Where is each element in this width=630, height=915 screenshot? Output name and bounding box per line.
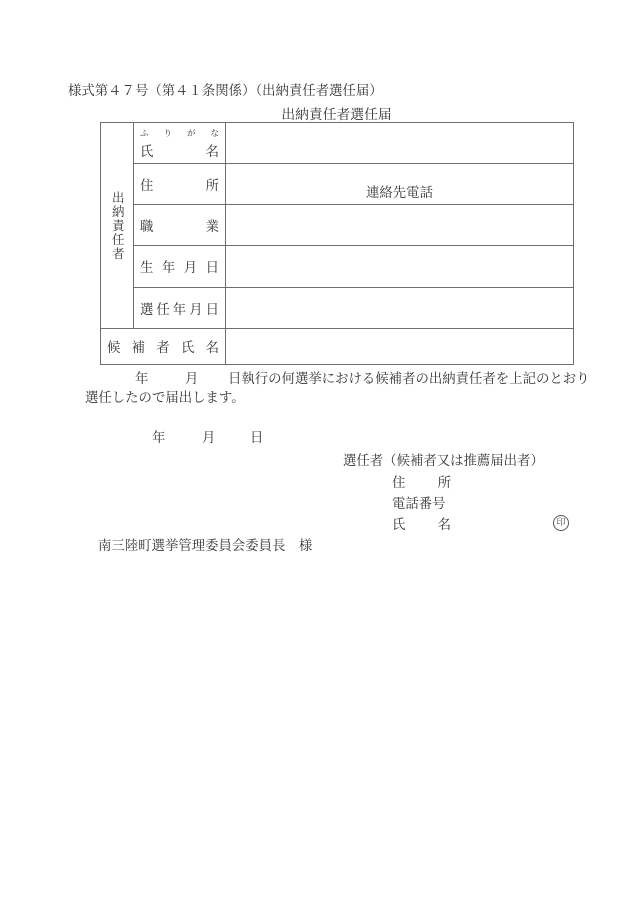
date-month-label: 月	[202, 430, 215, 447]
occupation-label-cell: 職業	[134, 205, 226, 246]
treasurer-group-header: 出納責任者	[101, 123, 134, 329]
candidate-name-input-cell	[226, 329, 573, 364]
date-year-label: 年	[152, 430, 165, 447]
treasurer-table: 出納責任者 ふりがな 氏名 住所 連絡先電話 職業 生年月日 選任年月日	[100, 122, 574, 365]
signer-name-label: 氏名	[392, 517, 451, 534]
address-label-cell: 住所	[134, 164, 226, 205]
occupation-input-cell	[226, 205, 573, 246]
birthdate-label: 生年月日	[140, 257, 219, 276]
signer-phone-label: 電話番号	[392, 496, 446, 513]
appointment-date-label: 選任年月日	[140, 299, 219, 318]
statement-year-label: 年	[135, 371, 148, 388]
candidate-name-label-cell: 候補者氏名	[101, 329, 226, 364]
address-label: 住所	[140, 175, 219, 194]
statement-month-label: 月	[185, 371, 198, 388]
name-label-cell: ふりがな 氏名	[134, 123, 226, 164]
statement-line2: 選任したので届出します。	[85, 390, 245, 407]
page-title: 出納責任者選任届	[100, 103, 573, 123]
contact-phone-label: 連絡先電話	[366, 182, 433, 201]
form-page: 様式第４７号（第４１条関係）（出納責任者選任届） 出納責任者選任届 出納責任者 …	[0, 0, 630, 915]
furigana-label: ふりがな	[140, 127, 219, 139]
appointment-date-label-cell: 選任年月日	[134, 288, 226, 329]
candidate-name-label: 候補者氏名	[107, 337, 219, 356]
statement-line1: 日執行の何選挙における候補者の出納責任者を上記のとおり	[228, 371, 590, 388]
recipient-line: 南三陸町選挙管理委員会委員長 様	[98, 538, 312, 555]
form-number: 様式第４７号（第４１条関係）（出納責任者選任届）	[68, 80, 383, 99]
address-input-cell: 連絡先電話	[226, 164, 573, 205]
name-label: 氏名	[140, 141, 219, 160]
occupation-label: 職業	[140, 216, 219, 235]
appointment-date-input-cell	[226, 288, 573, 329]
date-day-label: 日	[250, 430, 263, 447]
appointer-label: 選任者（候補者又は推薦届出者）	[343, 453, 544, 470]
birthdate-input-cell	[226, 246, 573, 288]
name-input-cell	[226, 123, 573, 164]
birthdate-label-cell: 生年月日	[134, 246, 226, 288]
signer-address-label: 住所	[392, 475, 451, 492]
seal-mark-icon: 印	[553, 515, 569, 531]
treasurer-group-label: 出納責任者	[111, 191, 124, 261]
